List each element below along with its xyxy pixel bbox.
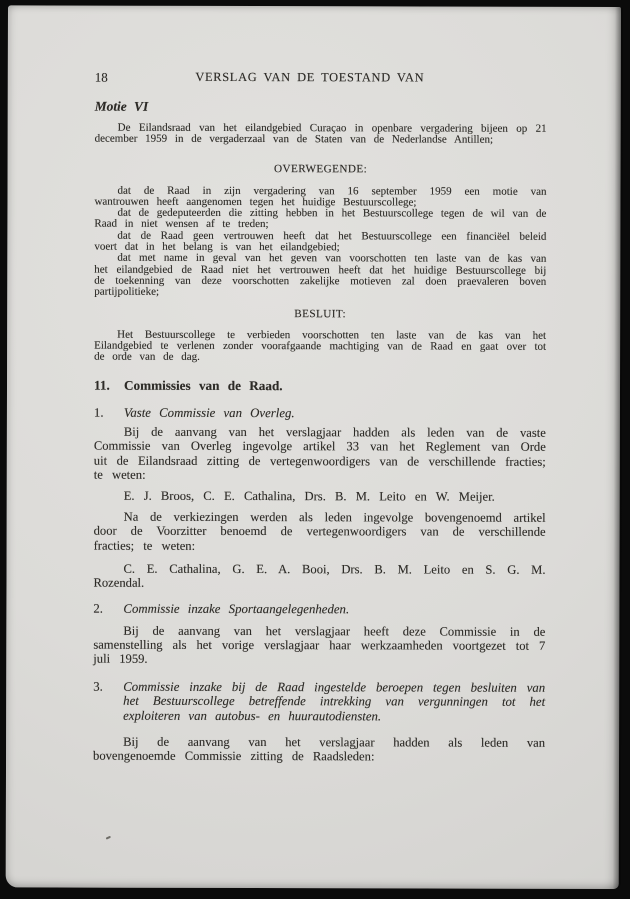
subsection-2-paragraph: Bij de aanvang van het verslagjaar heeft… <box>93 624 545 668</box>
besluit-label: BESLUIT: <box>94 307 546 321</box>
subsection-2-title: Commissie inzake Sportaangelegenheden. <box>123 602 545 618</box>
consideration-paragraph: dat met name in geval van het geven van … <box>94 253 546 299</box>
subsection-1-title: Vaste Commissie van Overleg. <box>124 406 546 422</box>
subsection-1-paragraph: Na de verkiezingen werden als leden inge… <box>94 510 546 554</box>
page-content: 18 VERSLAG VAN DE TOESTAND VAN Motie VI … <box>93 6 547 765</box>
overwegende-label: OVERWEGENDE: <box>95 162 547 176</box>
besluit-paragraph: Het Bestuurscollege te verbieden voorsch… <box>94 329 546 364</box>
section-title: Commissies van de Raad. <box>124 378 283 394</box>
subsection-2-heading: 2. Commissie inzake Sportaangelegenheden… <box>93 602 545 618</box>
page-edge-shadow <box>613 7 623 889</box>
page-number: 18 <box>95 70 108 85</box>
subsection-3-heading: 3. Commissie inzake bij de Raad ingestel… <box>93 679 545 725</box>
considerations-block: dat de Raad in zijn vergadering van 16 s… <box>94 185 546 299</box>
page-header: 18 VERSLAG VAN DE TOESTAND VAN <box>95 70 547 86</box>
subsection-1-number: 1. <box>94 406 124 421</box>
subsection-3-paragraph: Bij de aanvang van het verslagjaar hadde… <box>93 735 545 765</box>
subsection-3-title: Commissie inzake bij de Raad ingestelde … <box>123 679 545 724</box>
motie-intro-paragraph: De Eilandsraad van het eilandgebied Cura… <box>95 123 547 147</box>
subsection-1-paragraph: Bij de aanvang van het verslagjaar hadde… <box>94 425 546 483</box>
subsection-1-heading: 1. Vaste Commissie van Overleg. <box>94 406 546 422</box>
consideration-paragraph: dat de Raad in zijn vergadering van 16 s… <box>94 185 546 209</box>
section-number: 11. <box>94 378 124 394</box>
paper-speck <box>106 836 111 840</box>
member-names: C. E. Cathalina, G. E. A. Booi, Drs. B. … <box>93 561 545 591</box>
section-heading-commissies: 11. Commissies van de Raad. <box>94 378 546 395</box>
subsection-3-number: 3. <box>93 679 123 723</box>
consideration-paragraph: dat de gedeputeerden die zitting hebben … <box>94 208 546 232</box>
document-page: 18 VERSLAG VAN DE TOESTAND VAN Motie VI … <box>6 5 621 889</box>
subsection-2-number: 2. <box>93 602 123 617</box>
running-header: VERSLAG VAN DE TOESTAND VAN <box>95 70 547 86</box>
consideration-paragraph: dat de Raad geen vertrouwen heeft dat he… <box>94 230 546 254</box>
motie-title: Motie VI <box>95 99 547 115</box>
member-names: E. J. Broos, C. E. Cathalina, Drs. B. M.… <box>94 489 546 504</box>
